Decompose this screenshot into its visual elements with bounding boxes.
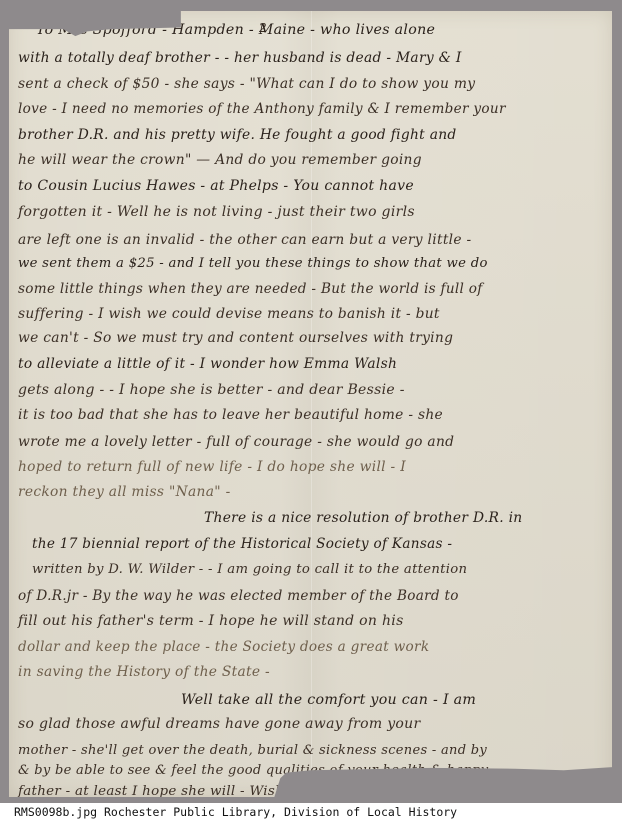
handwritten-line: gets along - - I hope she is better - an… bbox=[18, 382, 405, 398]
handwritten-line: forgotten it - Well he is not living - j… bbox=[18, 204, 415, 220]
handwritten-line: & by be able to see & feel the good qual… bbox=[18, 763, 488, 778]
handwritten-line: sent a check of $50 - she says - "What c… bbox=[18, 76, 475, 92]
handwritten-line: Well take all the comfort you can - I am bbox=[181, 692, 476, 708]
handwritten-line: written by D. W. Wilder - - I am going t… bbox=[32, 562, 467, 577]
handwritten-line: to Cousin Lucius Hawes - at Phelps - You… bbox=[18, 178, 414, 194]
handwritten-line: father - at least I hope she will - Wish… bbox=[18, 784, 405, 799]
handwritten-line: with a totally deaf brother - - her husb… bbox=[18, 50, 462, 66]
image-caption: RMS0098b.jpg Rochester Public Library, D… bbox=[14, 805, 457, 819]
handwritten-line: dollar and keep the place - the Society … bbox=[18, 639, 429, 655]
handwritten-line: To Mrs Spofford - Hampden - Maine - who … bbox=[36, 22, 435, 38]
handwritten-line: love - I need no memories of the Anthony… bbox=[18, 101, 506, 117]
handwritten-line: we can't - So we must try and content ou… bbox=[18, 330, 453, 346]
handwritten-line: brother D.R. and his pretty wife. He fou… bbox=[18, 127, 457, 143]
handwritten-line: he will wear the crown" — And do you rem… bbox=[18, 152, 422, 168]
handwritten-line: the 17 biennial report of the Historical… bbox=[32, 536, 452, 552]
handwritten-line: mother - she'll get over the death, buri… bbox=[18, 743, 487, 758]
handwritten-line: to alleviate a little of it - I wonder h… bbox=[18, 356, 397, 372]
handwritten-line: of D.R.jr - By the way he was elected me… bbox=[18, 588, 459, 604]
handwritten-line: so glad those awful dreams have gone awa… bbox=[18, 716, 420, 732]
handwritten-line: in saving the History of the State - bbox=[18, 664, 270, 680]
handwritten-line: are left one is an invalid - the other c… bbox=[18, 232, 472, 248]
handwritten-line: it is too bad that she has to leave her … bbox=[18, 407, 443, 423]
handwritten-line: some little things when they are needed … bbox=[18, 281, 483, 297]
handwritten-line: we sent them a $25 - and I tell you thes… bbox=[18, 256, 488, 271]
handwritten-line: There is a nice resolution of brother D.… bbox=[204, 510, 522, 526]
handwritten-line: reckon they all miss "Nana" - bbox=[18, 484, 231, 500]
handwritten-line: hoped to return full of new life - I do … bbox=[18, 459, 406, 475]
handwritten-line: suffering - I wish we could devise means… bbox=[18, 306, 440, 322]
letter-page: 2 To Mrs Spofford - Hampden - Maine - wh… bbox=[9, 11, 612, 797]
handwritten-line: wrote me a lovely letter - full of coura… bbox=[18, 434, 454, 450]
handwritten-line: fill out his father's term - I hope he w… bbox=[18, 613, 404, 629]
scan-background: 2 To Mrs Spofford - Hampden - Maine - wh… bbox=[0, 0, 622, 803]
